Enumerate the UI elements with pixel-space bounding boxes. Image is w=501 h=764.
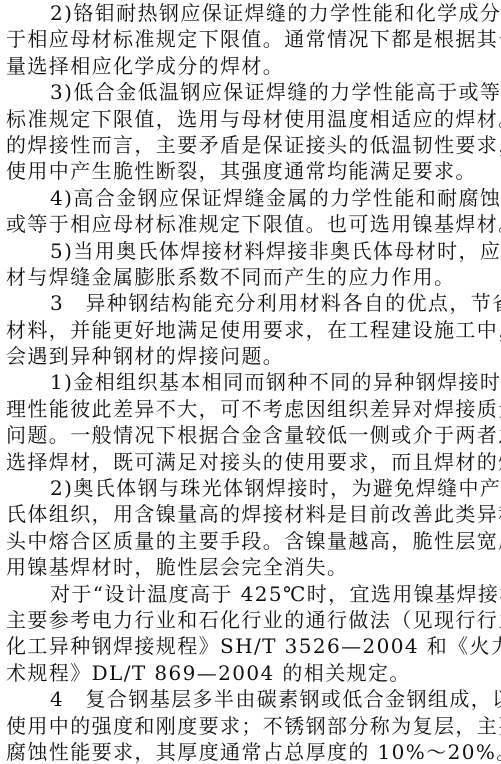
- text-line: 使用中产生脆性断裂，其强度通常均能满足要求。: [6, 158, 494, 184]
- text-line: 使用中的强度和刚度要求；不锈钢部分称为复层，主要用来满足耐: [6, 713, 494, 739]
- text-line: 头中熔合区质量的主要手段。含镍量越高，脆性层宽度越小，当使: [6, 528, 494, 554]
- text-line: 于相应母材标准规定下限值。通常情况下都是根据其合金元素含: [6, 26, 494, 52]
- text-line: 1)金相组织基本相同而钢种不同的异种钢焊接时，因其热物: [6, 369, 494, 395]
- document-page: 2)铬钼耐热钢应保证焊缝的力学性能和化学成分均高于或等 于相应母材标准规定下限值…: [6, 0, 494, 764]
- text-line: 材料，并能更好地满足使用要求，在工程建设施工中，不可避免地: [6, 317, 494, 343]
- text-line: 的焊接性而言，主要矛盾是保证接头的低温韧性要求，防止接头在: [6, 132, 494, 158]
- text-line: 3)低合金低温钢应保证焊缝的力学性能高于或等于相应母材: [6, 79, 494, 105]
- text-line: 术规程》DL/T 869—2004 的相关规定。: [6, 660, 494, 686]
- text-line: 化工异种钢焊接规程》SH/T 3526—2004 和《火力发电厂焊接技: [6, 633, 494, 659]
- text-line: 或等于相应母材标准规定下限值。也可选用镍基焊材。: [6, 211, 494, 237]
- text-line: 对于“设计温度高于 425℃时，宜选用镍基焊接材料”的规定，: [6, 581, 494, 607]
- text-line: 标准规定下限值，选用与母材使用温度相适应的焊材。就低温钢: [6, 106, 494, 132]
- text-line: 主要参考电力行业和石化行业的通行做法（见现行行业标准《石油: [6, 607, 494, 633]
- text-line: 用镍基焊材时，脆性层会完全消失。: [6, 554, 494, 580]
- text-line: 问题。一般情况下根据合金含量较低一侧或介于两者之间的钢材: [6, 422, 494, 448]
- text-line: 3 异种钢结构能充分利用材料各自的优点，节省大量的贵重: [6, 290, 494, 316]
- text-line: 2)奥氏体钢与珠光体钢焊接时，为避免焊缝中产生脆性的马: [6, 475, 494, 501]
- text-line: 2)铬钼耐热钢应保证焊缝的力学性能和化学成分均高于或等: [6, 0, 494, 26]
- text-line: 腐蚀性能要求，其厚度通常占总厚度的 10%～20%。复合钢板基: [6, 739, 494, 764]
- text-line: 会遇到异种钢材的焊接问题。: [6, 343, 494, 369]
- text-line: 量选择相应化学成分的焊材。: [6, 53, 494, 79]
- text-line: 4)高合金钢应保证焊缝金属的力学性能和耐腐蚀性能均高于: [6, 185, 494, 211]
- text-line: 5)当用奥氏体焊接材料焊接非奥氏体母材时，应慎重考虑母: [6, 238, 494, 264]
- text-line: 理性能彼此差异不大，可不考虑因组织差异对焊接质量所带来的: [6, 396, 494, 422]
- text-line: 选择焊材，既可满足对接头的使用要求，而且焊材的焊接性也较好。: [6, 449, 494, 475]
- text-line: 氏体组织，用含镍量高的焊接材料是目前改善此类异种钢焊接接: [6, 501, 494, 527]
- text-line: 4 复合钢基层多半由碳素钢或低合金钢组成，以满足设备在: [6, 686, 494, 712]
- text-line: 材与焊缝金属膨胀系数不同而产生的应力作用。: [6, 264, 494, 290]
